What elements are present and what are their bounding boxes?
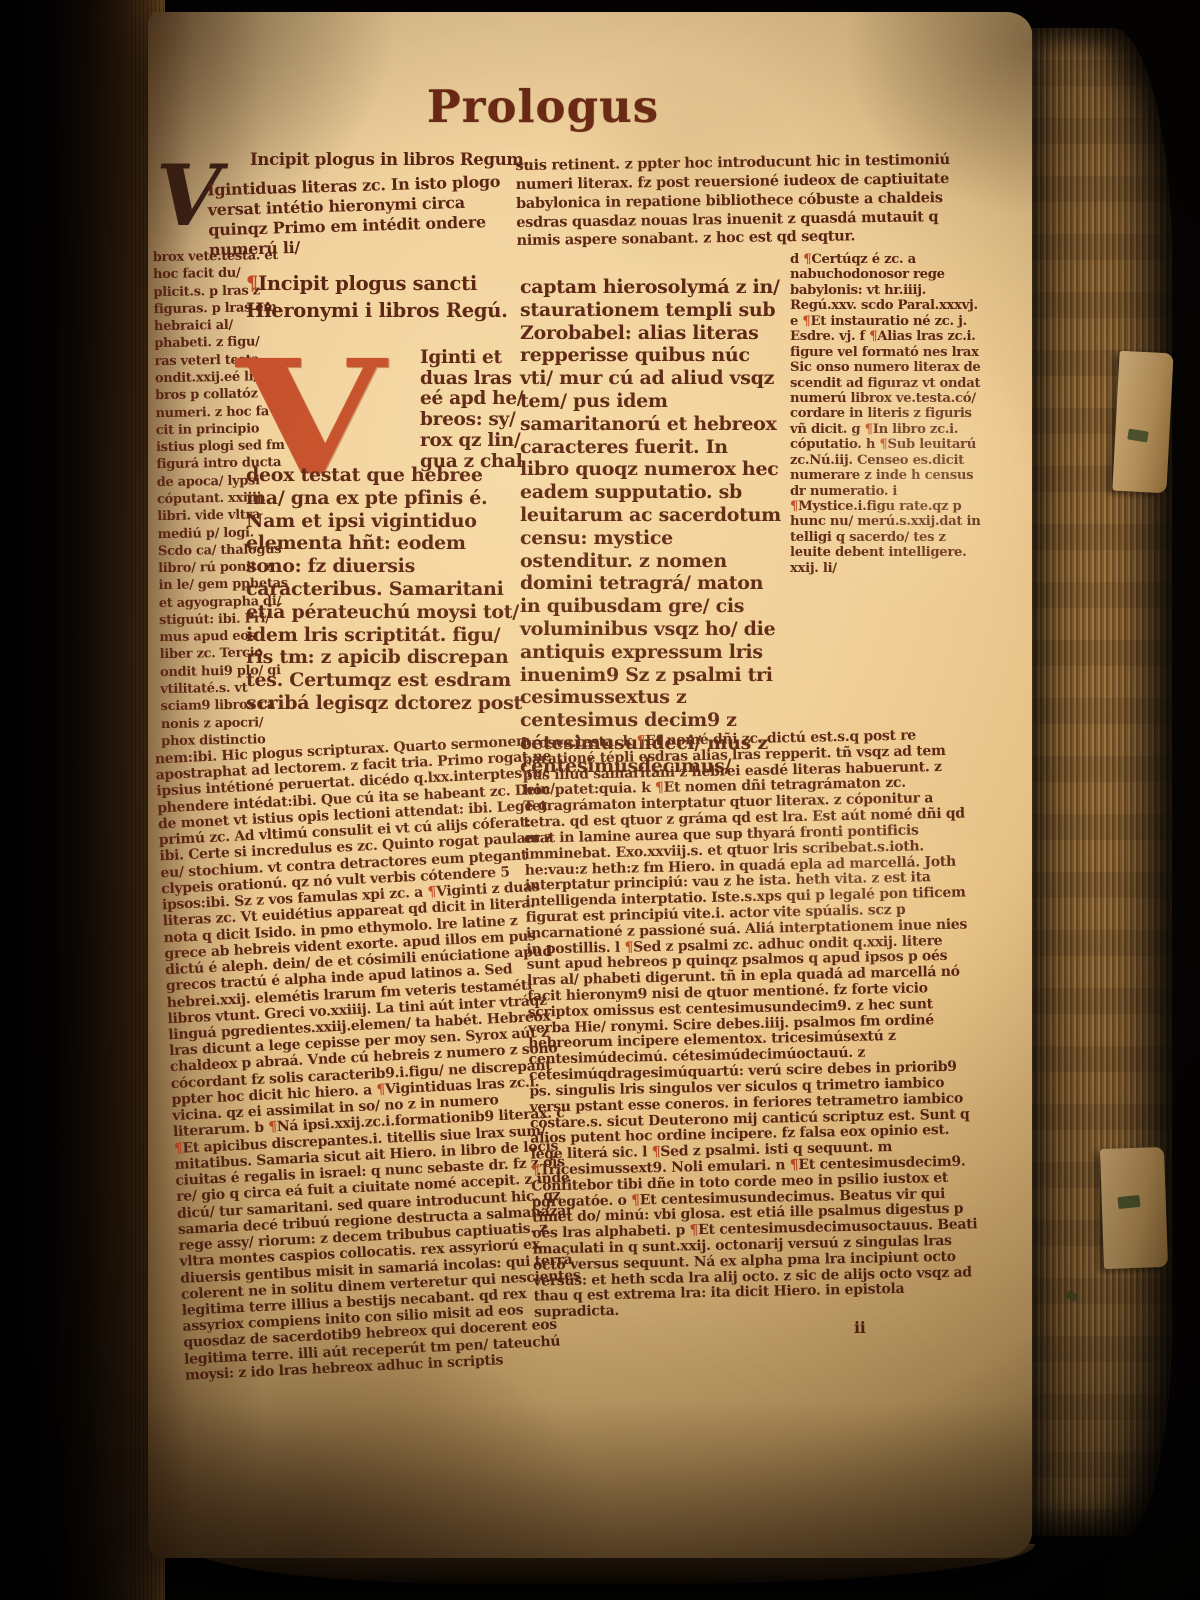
parchment-page: Prologus Incipit plogus in libros Regum.… (148, 12, 1032, 1558)
running-title: Prologus (378, 80, 708, 133)
signature-mark: ii (854, 1318, 914, 1337)
right-margin-notes: d ¶Certúqz é zc. a nabuchodonosor rege b… (790, 252, 986, 576)
right-column-body: captam hierosolymá z in/ staurationem te… (520, 276, 782, 778)
lower-left-commentary: nem:ibi. Hic plogus scripturax. Quarto s… (154, 732, 584, 1384)
book-spine-left (0, 0, 165, 1600)
page-tab-lower (1100, 1147, 1168, 1269)
incipit-line: Incipit plogus in libros Regum. (250, 150, 530, 169)
green-edge-mark (1117, 1195, 1140, 1209)
book-photograph: Prologus Incipit plogus in libros Regum.… (0, 0, 1200, 1600)
lower-right-commentary: brosve.testa. k ¶Et nomé dñi zc. dictú e… (522, 727, 982, 1321)
fore-edge-pages (1030, 28, 1172, 1536)
page-tab-upper (1112, 351, 1173, 494)
left-column-body: deox testat que hebree ma/ gna ex pte pf… (246, 464, 524, 715)
left-column-heading: ¶Incipit plogus sancti Hieronymi i libro… (246, 270, 518, 325)
right-column-intro: suis retinent. z ppter hoc introducunt h… (515, 151, 954, 251)
drop-cap-side-text: Iginti et duas lras eé apd he/ breos: sy… (420, 348, 528, 472)
